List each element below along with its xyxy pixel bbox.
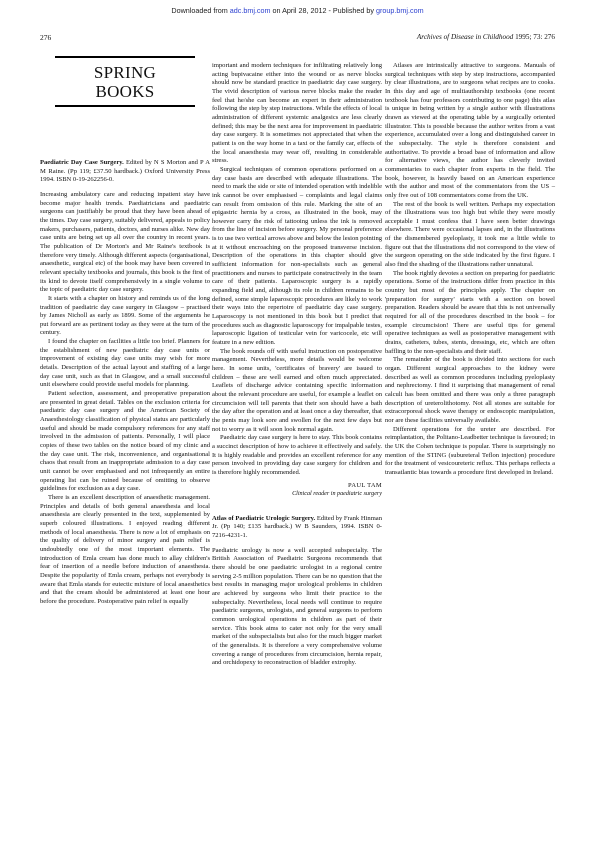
review-2-heading: Atlas of Paediatric Urologic Surgery. Ed… xyxy=(212,515,382,541)
column-1: SPRING BOOKS Paediatric Day Case Surgery… xyxy=(40,50,210,606)
paragraph: Paediatric urology is now a well accepte… xyxy=(212,547,382,668)
paragraph: Different operations for the ureter are … xyxy=(385,426,555,478)
paragraph: Surgical techniques of common operations… xyxy=(212,166,382,348)
paragraph: The book rounds off with useful instruct… xyxy=(212,348,382,435)
reviewer-name: PAUL TAM xyxy=(212,482,382,491)
paragraph: It starts with a chapter on history and … xyxy=(40,295,210,338)
review-1-title: Paediatric Day Case Surgery. xyxy=(40,159,124,166)
journal-running-head: Archives of Disease in Childhood 1995; 7… xyxy=(417,33,555,41)
reviewer-role: Clinical reader in paediatric surgery xyxy=(212,490,382,499)
publisher-link[interactable]: group.bmj.com xyxy=(376,6,424,15)
paragraph: Increasing ambulatory care and reducing … xyxy=(40,191,210,295)
paragraph: Atlases are intrinsically attractive to … xyxy=(385,62,555,201)
paragraph: The book rightly devotes a section on pr… xyxy=(385,270,555,357)
paragraph: There is an excellent description of ana… xyxy=(40,494,210,607)
download-notice: Downloaded from adc.bmj.com on April 28,… xyxy=(0,6,595,15)
site-link[interactable]: adc.bmj.com xyxy=(230,6,271,15)
paragraph: Paediatric day case surgery is here to s… xyxy=(212,434,382,477)
page-number: 276 xyxy=(40,33,51,42)
banner-line-2: BOOKS xyxy=(55,82,195,101)
review-1-heading: Paediatric Day Case Surgery. Edited by N… xyxy=(40,159,210,185)
banner-line-1: SPRING xyxy=(55,63,195,82)
paragraph: The remainder of the book is divided int… xyxy=(385,356,555,425)
column-2: important and modern techniques for infi… xyxy=(212,62,382,668)
paragraph: important and modern techniques for infi… xyxy=(212,62,382,166)
section-banner: SPRING BOOKS xyxy=(55,56,195,107)
review-2-title: Atlas of Paediatric Urologic Surgery. xyxy=(212,515,315,522)
paragraph: Patient selection, assessment, and preop… xyxy=(40,390,210,494)
column-3: Atlases are intrinsically attractive to … xyxy=(385,62,555,478)
paragraph: The rest of the book is well written. Pe… xyxy=(385,201,555,270)
reviewer-signature: PAUL TAM Clinical reader in paediatric s… xyxy=(212,482,382,499)
paragraph: I found the chapter on facilities a litt… xyxy=(40,338,210,390)
